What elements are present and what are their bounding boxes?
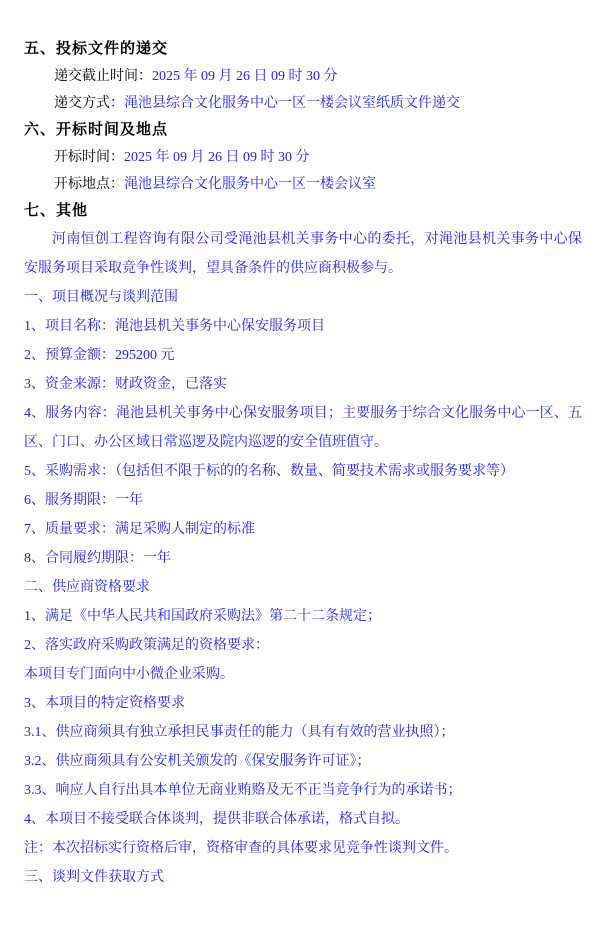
submission-method-value: 渑池县综合文化服务中心一区一楼会议室纸质文件递交 [124,96,460,111]
submission-method-label: 递交方式： [54,96,124,111]
section5-heading: 五、投标文件的递交 [24,36,582,63]
subsection1-heading: 一、项目概况与谈判范围 [24,283,582,312]
submission-deadline-value: 2025 年 09 月 26 日 09 时 30 分 [152,69,338,84]
item-project-name: 1、项目名称：渑池县机关事务中心保安服务项目 [24,312,582,341]
bid-opening-time-line: 开标时间：2025 年 09 月 26 日 09 时 30 分 [24,144,582,171]
item-fund-source: 3、资金来源：财政资金，已落实 [24,370,582,399]
section7-body: 河南恒创工程咨询有限公司受渑池县机关事务中心的委托，对渑池县机关事务中心保安服务… [24,225,582,892]
item-qualification-law: 1、满足《中华人民共和国政府采购法》第二十二条规定； [24,602,582,631]
bid-opening-location-value: 渑池县综合文化服务中心一区一楼会议室 [124,177,376,192]
item-policy-requirements: 2、落实政府采购政策满足的资格要求： [24,631,582,660]
section6-heading: 六、开标时间及地点 [24,117,582,144]
bid-opening-location-label: 开标地点： [54,177,124,192]
bid-opening-location-line: 开标地点：渑池县综合文化服务中心一区一楼会议室 [24,171,582,198]
submission-deadline-label: 递交截止时间： [54,69,152,84]
item-service-period: 6、服务期限：一年 [24,486,582,515]
item-contract-period: 8、合同履约期限：一年 [24,544,582,573]
entrustment-paragraph: 河南恒创工程咨询有限公司受渑池县机关事务中心的委托，对渑池县机关事务中心保安服务… [24,225,582,283]
subsection3-heading: 三、谈判文件获取方式 [24,863,582,892]
item-smes-note: 本项目专门面向中小微企业采购。 [24,660,582,689]
item-note-qualification-review: 注：本次招标实行资格后审，资格审查的具体要求见竞争性谈判文件。 [24,834,582,863]
procurement-notice-document: 五、投标文件的递交 递交截止时间：2025 年 09 月 26 日 09 时 3… [0,0,604,935]
submission-deadline-line: 递交截止时间：2025 年 09 月 26 日 09 时 30 分 [24,63,582,90]
bid-opening-time-value: 2025 年 09 月 26 日 09 时 30 分 [124,150,310,165]
item-procurement-requirements: 5、采购需求：（包括但不限于标的的名称、数量、简要技术需求或服务要求等） [24,457,582,486]
item-service-content: 4、服务内容：渑池县机关事务中心保安服务项目；主要服务于综合文化服务中心一区、五… [24,399,582,457]
section7-heading: 七、其他 [24,198,582,225]
item-no-consortium: 4、本项目不接受联合体谈判，提供非联合体承诺，格式自拟。 [24,805,582,834]
subsection2-heading: 二、供应商资格要求 [24,573,582,602]
item-specific-qualification: 3、本项目的特定资格要求 [24,689,582,718]
bid-opening-time-label: 开标时间： [54,150,124,165]
item-budget-amount: 2、预算金额：295200 元 [24,341,582,370]
item-civil-liability: 3.1、供应商须具有独立承担民事责任的能力（具有有效的营业执照）； [24,718,582,747]
item-quality-requirements: 7、质量要求：满足采购人制定的标准 [24,515,582,544]
item-security-license: 3.2、供应商须具有公安机关颁发的《保安服务许可证》； [24,747,582,776]
item-no-bribery-commitment: 3.3、响应人自行出具本单位无商业贿赂及无不正当竞争行为的承诺书； [24,776,582,805]
submission-method-line: 递交方式：渑池县综合文化服务中心一区一楼会议室纸质文件递交 [24,90,582,117]
